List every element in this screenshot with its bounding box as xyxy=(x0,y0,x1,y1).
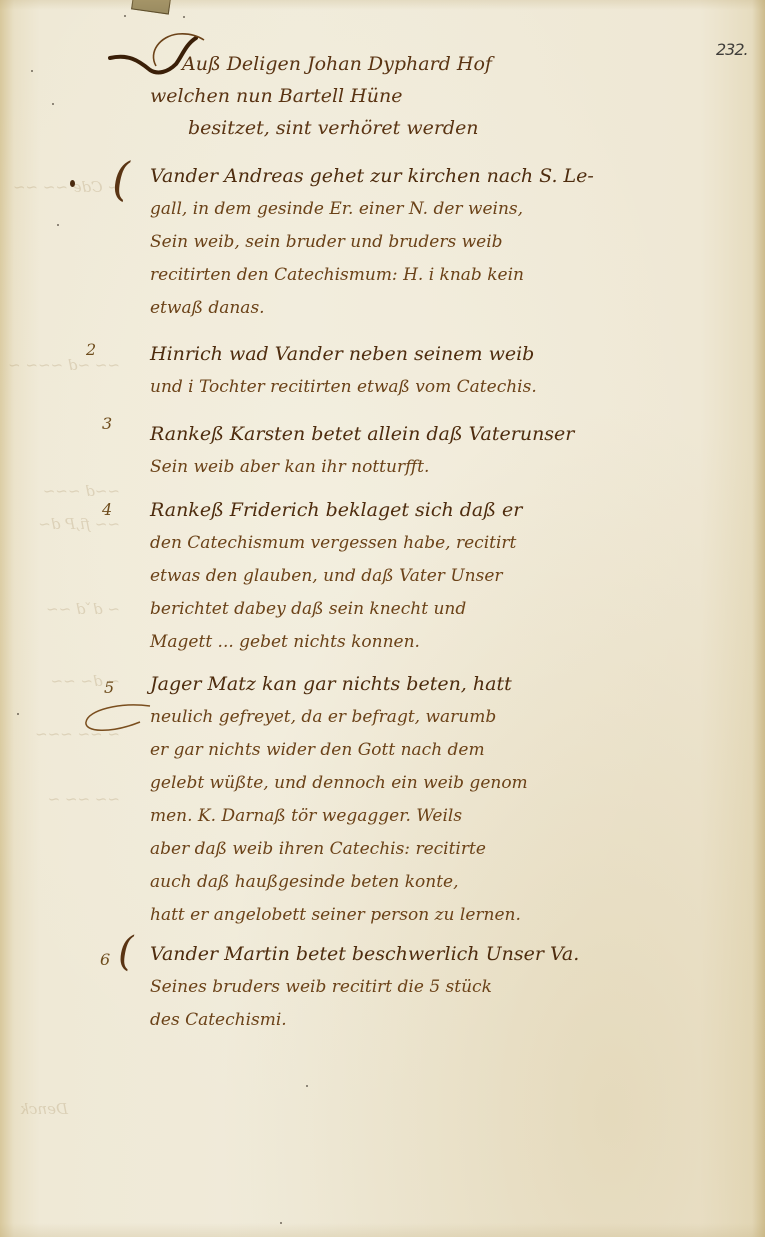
entry-number: 2 xyxy=(86,340,96,359)
folio-number: 232. xyxy=(716,40,748,59)
paper-speck xyxy=(57,224,59,226)
entry-line: Rankeß Friderich beklaget sich daß er xyxy=(150,494,720,527)
entry-4: Rankeß Friderich beklaget sich daß er de… xyxy=(150,494,720,659)
bleed-through-text: ~~ ~d ~~~ ~ xyxy=(0,356,120,374)
initial-flourish-icon xyxy=(80,700,160,740)
heading-line: besitzet, sint verhöret werden xyxy=(150,112,710,144)
entry-line: Hinrich wad Vander neben seinem weib xyxy=(150,338,720,371)
entry-line: gall, in dem gesinde Er. einer N. der we… xyxy=(150,193,720,226)
entry-line: recitirten den Catechismum: H. i knab ke… xyxy=(150,259,720,292)
bleed-through-text: ~ Cde ~~ ~~ xyxy=(0,178,120,196)
heading: Auß Deligen Johan Dyphard Hof welchen nu… xyxy=(150,48,710,144)
entry-line: berichtet dabey daß sein knecht und xyxy=(150,593,720,626)
entry-line: etwas den glauben, und daß Vater Unser xyxy=(150,560,720,593)
bleed-through-text: ~~d ~~~ xyxy=(0,482,120,500)
bleed-through-text: Denck xyxy=(8,1100,68,1118)
entry-6: Vander Martin betet beschwerlich Unser V… xyxy=(150,938,720,1037)
entry-line: den Catechismum vergessen habe, recitirt xyxy=(150,527,720,560)
entry-line: Vander Martin betet beschwerlich Unser V… xyxy=(150,938,720,971)
entry-line: neulich gefreyet, da er befragt, warumb xyxy=(150,701,720,734)
entry-line: etwaß danas. xyxy=(150,292,720,325)
entry-line: men. K. Darnaß tör wegagger. Weils xyxy=(150,800,720,833)
entry-2: Hinrich wad Vander neben seinem weib und… xyxy=(150,338,720,404)
paper-speck xyxy=(306,1085,308,1087)
entry-1: Vander Andreas gehet zur kirchen nach S.… xyxy=(150,160,720,325)
binding-tab xyxy=(131,0,171,15)
bleed-through-text: ~ dˇd ~~ xyxy=(0,600,120,618)
entry-5: Jager Matz kan gar nichts beten, hatt ne… xyxy=(150,668,720,932)
entry-line: er gar nichts wider den Gott nach dem xyxy=(150,734,720,767)
bleed-through-text: ~ d~ ~~ xyxy=(0,672,120,690)
margin-dot-marker xyxy=(70,180,75,187)
entry-line: Seines bruders weib recitirt die 5 stück xyxy=(150,971,720,1004)
paper-speck xyxy=(124,15,126,17)
entry-line: des Catechismi. xyxy=(150,1004,720,1037)
manuscript-page: 232. ~ Cde ~~ ~~ ~~ ~d ~~~ ~ ~~d ~~~ ~~ … xyxy=(0,0,765,1237)
paper-speck xyxy=(17,713,19,715)
entry-line: Vander Andreas gehet zur kirchen nach S.… xyxy=(150,160,720,193)
paper-speck xyxy=(52,103,54,105)
entry-line: Magett ... gebet nichts konnen. xyxy=(150,626,720,659)
entry-number: 4 xyxy=(102,500,112,519)
heading-line: welchen nun Bartell Hüne xyxy=(150,80,710,112)
entry-number: 5 xyxy=(104,678,114,697)
entry-line: und i Tochter recitirten etwaß vom Catec… xyxy=(150,371,720,404)
paper-speck xyxy=(183,16,185,18)
initial-flourish-icon: ( xyxy=(112,156,130,202)
paper-speck xyxy=(31,70,33,72)
heading-line: Auß Deligen Johan Dyphard Hof xyxy=(150,48,710,80)
initial-flourish-icon: ( xyxy=(118,932,134,972)
entry-line: auch daß haußgesinde beten konte, xyxy=(150,866,720,899)
entry-line: gelebt wüßte, und dennoch ein weib genom xyxy=(150,767,720,800)
entry-number: 3 xyxy=(102,414,112,433)
entry-line: Sein weib, sein bruder und bruders weib xyxy=(150,226,720,259)
paper-speck xyxy=(280,1222,282,1224)
entry-line: Rankeß Karsten betet allein daß Vateruns… xyxy=(150,418,720,451)
entry-number: 6 xyxy=(100,950,110,969)
entry-line: Jager Matz kan gar nichts beten, hatt xyxy=(150,668,720,701)
entry-line: hatt er angelobett seiner person zu lern… xyxy=(150,899,720,932)
entry-line: aber daß weib ihren Catechis: recitirte xyxy=(150,833,720,866)
bleed-through-text: ~~ ~~ ~ xyxy=(0,790,120,808)
entry-line: Sein weib aber kan ihr notturfft. xyxy=(150,451,720,484)
entry-3: Rankeß Karsten betet allein daß Vateruns… xyxy=(150,418,720,484)
